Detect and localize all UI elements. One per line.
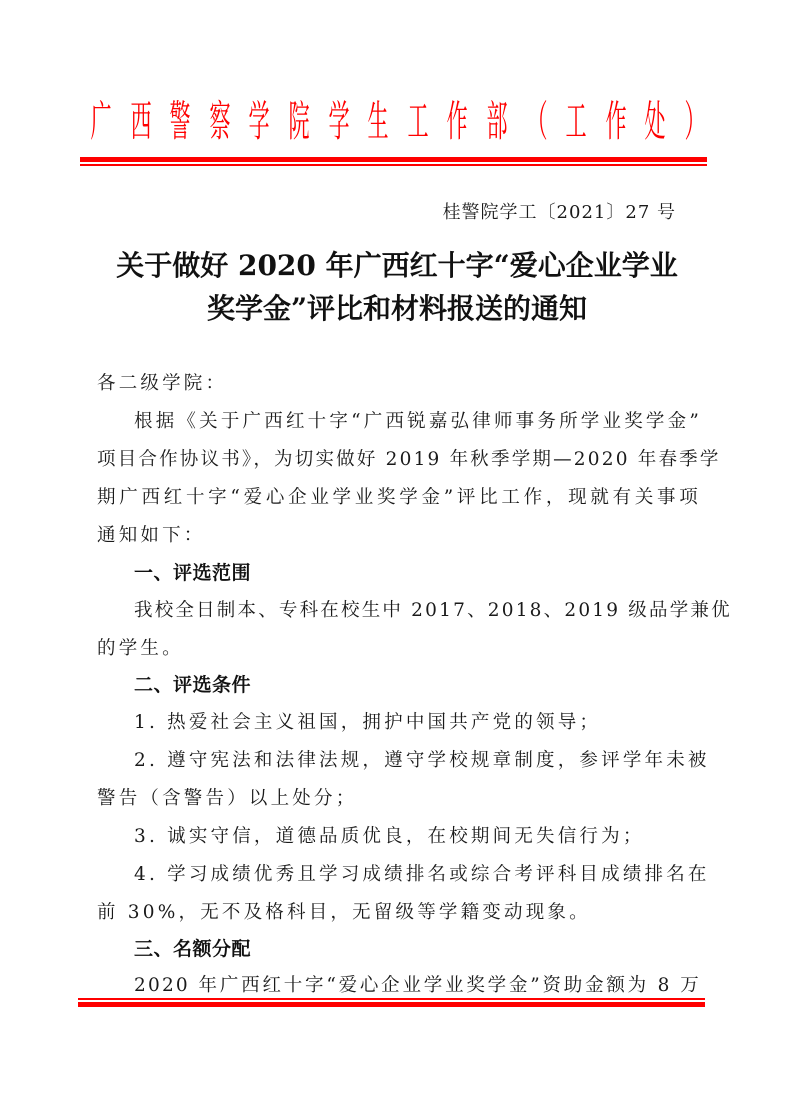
document-page: 广 西 警 察 学 院 学 生 工 作 部 （ 工 作 处 ） 桂警院学工〔20… [0,0,794,1108]
intro-line: 根据《关于广西红十字“广西锐嘉弘律师事务所学业奖学金” [134,408,701,436]
letterhead-char: 学 [328,90,349,155]
salutation: 各二级学院： [97,370,701,398]
section-line: 我校全日制本、专科在校生中 2017、2018、2019 级品学兼优 [134,597,701,625]
letterhead-char: 察 [209,90,230,155]
section-heading-criteria: 二、评选条件 [134,671,251,699]
letterhead-char: 工 [566,90,587,155]
letterhead-char: 作 [605,90,626,155]
criteria-item: 4. 学习成绩优秀且学习成绩排名或综合考评科目成绩排名在 [134,861,701,889]
letterhead-divider-thick [80,157,707,162]
section-heading-quota: 三、名额分配 [134,935,251,963]
letterhead-char: 西 [130,90,151,155]
intro-line: 期广西红十字“爱心企业学业奖学金”评比工作，现就有关事项 [97,484,701,512]
letterhead-divider-thin [80,164,707,166]
criteria-item-continued: 警告（含警告）以上处分； [97,785,701,813]
criteria-item: 1. 热爱社会主义祖国，拥护中国共产党的领导； [134,709,701,737]
criteria-item-continued: 前 30%，无不及格科目，无留级等学籍变动现象。 [97,899,701,927]
intro-line: 项目合作协议书》，为切实做好 2019 年秋季学期—2020 年春季学 [97,446,701,474]
letterhead-char: 学 [249,90,270,155]
letterhead-char: 处 [645,90,666,155]
document-title-line-2: 奖学金”评比和材料报送的通知 [90,287,704,331]
section-heading-scope: 一、评选范围 [134,559,251,587]
document-number: 桂警院学工〔2021〕27 号 [443,199,676,227]
letterhead-char: 广 [90,90,111,155]
letterhead-char: 部 [486,90,507,155]
footer-divider-thick [78,1002,705,1007]
letterhead-char: 院 [288,90,309,155]
criteria-item: 2. 遵守宪法和法律法规，遵守学校规章制度，参评学年未被 [134,747,701,775]
document-title-line-1: 关于做好 2020 年广西红十字“爱心企业学业 [90,244,704,288]
footer-divider-thin [78,998,705,1000]
letterhead-char: （ [526,90,547,155]
letterhead-char: 生 [368,90,389,155]
letterhead: 广 西 警 察 学 院 学 生 工 作 部 （ 工 作 处 ） [84,96,712,148]
letterhead-char: 作 [447,90,468,155]
section-line: 的学生。 [97,635,701,663]
letterhead-char: ） [684,90,705,155]
criteria-item: 3. 诚实守信，道德品质优良，在校期间无失信行为； [134,823,701,851]
letterhead-char: 工 [407,90,428,155]
intro-line: 通知如下： [97,522,701,550]
section-line: 2020 年广西红十字“爱心企业学业奖学金”资助金额为 8 万 [134,972,701,1000]
letterhead-char: 警 [170,90,191,155]
